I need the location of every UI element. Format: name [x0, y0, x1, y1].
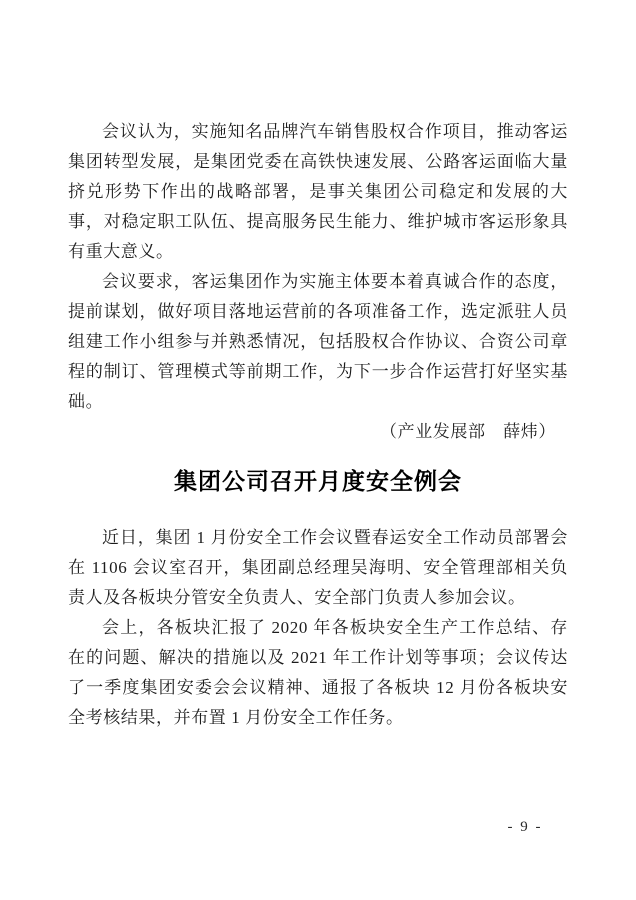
paragraph-meeting-content: 会上，各板块汇报了 2020 年各板块安全生产工作总结、存在的问题、解决的措施以…: [68, 613, 568, 733]
paragraph-meeting-attendance: 近日，集团 1 月份安全工作会议暨春运安全工作动员部署会在 1106 会议室召开…: [68, 523, 568, 613]
paragraph-meeting-opinion: 会议认为，实施知名品牌汽车销售股权合作项目，推动客运集团转型发展，是集团党委在高…: [68, 117, 568, 267]
previous-article-body: 会议认为，实施知名品牌汽车销售股权合作项目，推动客运集团转型发展，是集团党委在高…: [68, 117, 568, 447]
current-article-body: 近日，集团 1 月份安全工作会议暨春运安全工作动员部署会在 1106 会议室召开…: [68, 523, 568, 733]
article-title: 集团公司召开月度安全例会: [0, 462, 636, 502]
paragraph-meeting-requirement: 会议要求，客运集团作为实施主体要本着真诚合作的态度，提前谋划，做好项目落地运营前…: [68, 267, 568, 417]
article-byline: （产业发展部 薛炜）: [68, 417, 568, 447]
page-number: - 9 -: [480, 817, 570, 837]
document-page: 会议认为，实施知名品牌汽车销售股权合作项目，推动客运集团转型发展，是集团党委在高…: [0, 0, 636, 900]
